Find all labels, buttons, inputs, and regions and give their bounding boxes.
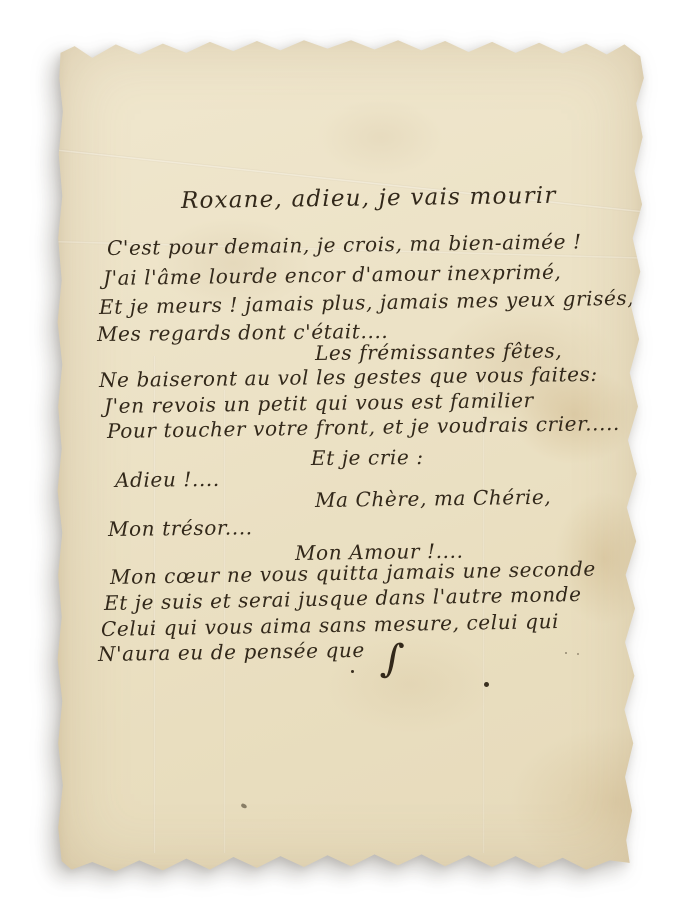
letter-line: Les frémissantes fêtes, — [315, 338, 563, 365]
paper-shadow-wrapper: Roxane, adieu, je vais mourir C'est pour… — [0, 0, 700, 922]
photo-background: Roxane, adieu, je vais mourir C'est pour… — [0, 0, 700, 922]
letter-line: Mon trésor.... — [108, 515, 253, 541]
letter-line: C'est pour demain, je crois, ma bien-aim… — [107, 229, 582, 260]
letter-line: Et je meurs ! jamais plus, jamais mes ye… — [99, 286, 635, 319]
letter-text: Roxane, adieu, je vais mourir C'est pour… — [57, 36, 645, 878]
letter-title: Roxane, adieu, je vais mourir — [181, 183, 557, 214]
letter-line: Ma Chère, ma Chérie, — [315, 485, 552, 512]
letter-line: J'ai l'âme lourde encor d'amour inexprim… — [103, 260, 562, 290]
letter-line: Celui qui vous aima sans mesure, celui q… — [101, 609, 559, 641]
letter-line: Et je crie : — [311, 445, 424, 470]
letter-line: Adieu !.... — [115, 467, 220, 492]
letter-line: N'aura eu de pensée que — [98, 638, 365, 666]
letter-paper: Roxane, adieu, je vais mourir C'est pour… — [57, 36, 645, 878]
signature-flourish-mark: ∫ — [379, 635, 406, 683]
